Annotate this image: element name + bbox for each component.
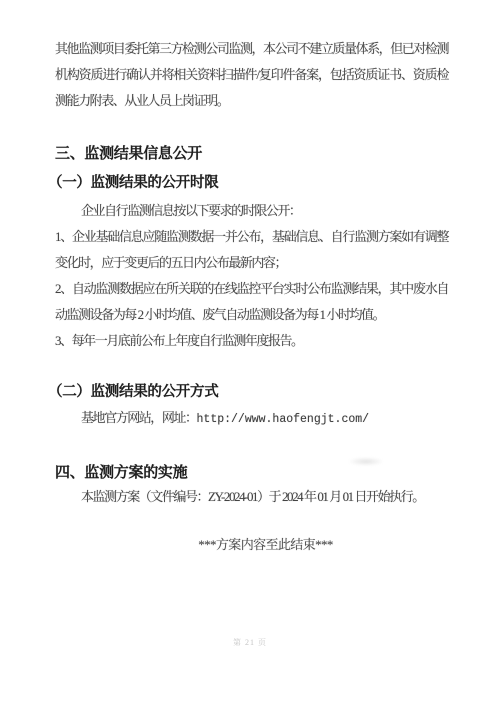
subsection-heading-disclosure-time-limit: （一）监测结果的公开时限 [48,173,448,193]
disclosure-item-list: 1、企业基础信息应随监测数据一并公布，基础信息、自行监测方案如有调整变化时，应于… [55,224,448,354]
intro-paragraph: 其他监测项目委托第三方检测公司监测，本公司不建立质量体系，但已对检测机构资质进行… [55,36,448,114]
list-item: 2、自动监测数据应在所关联的在线监控平台实时公布监测结果，其中废水自动监测设备为… [55,276,448,328]
list-item: 1、企业基础信息应随监测数据一并公布，基础信息、自行监测方案如有调整变化时，应于… [55,224,448,276]
disclosure-method-paragraph: 基地官方网站，网址：http://www.haofengjt.com/ [55,405,448,433]
section-heading-results-disclosure: 三、监测结果信息公开 [55,144,448,164]
website-label: 基地官方网站，网址： [81,410,197,425]
subsection-heading-disclosure-method: （二）监测结果的公开方式 [48,382,448,402]
implementation-paragraph: 本监测方案（文件编号：ZY-2024-01）于 2024 年 01 月 01 日… [55,484,448,510]
page-number: 第 21 页 [0,637,500,648]
section-heading-plan-implementation: 四、监测方案的实施 [55,463,448,483]
document-page: 其他监测项目委托第三方检测公司监测，本公司不建立质量体系，但已对检测机构资质进行… [0,0,500,707]
disclosure-lead-paragraph: 企业自行监测信息按以下要求的时限公开： [55,198,448,224]
list-item: 3、每年一月底前公布上年度自行监测年度报告。 [55,328,448,354]
website-url: http://www.haofengjt.com/ [197,413,370,426]
end-of-plan-marker: ***方案内容至此结束*** [55,534,448,553]
